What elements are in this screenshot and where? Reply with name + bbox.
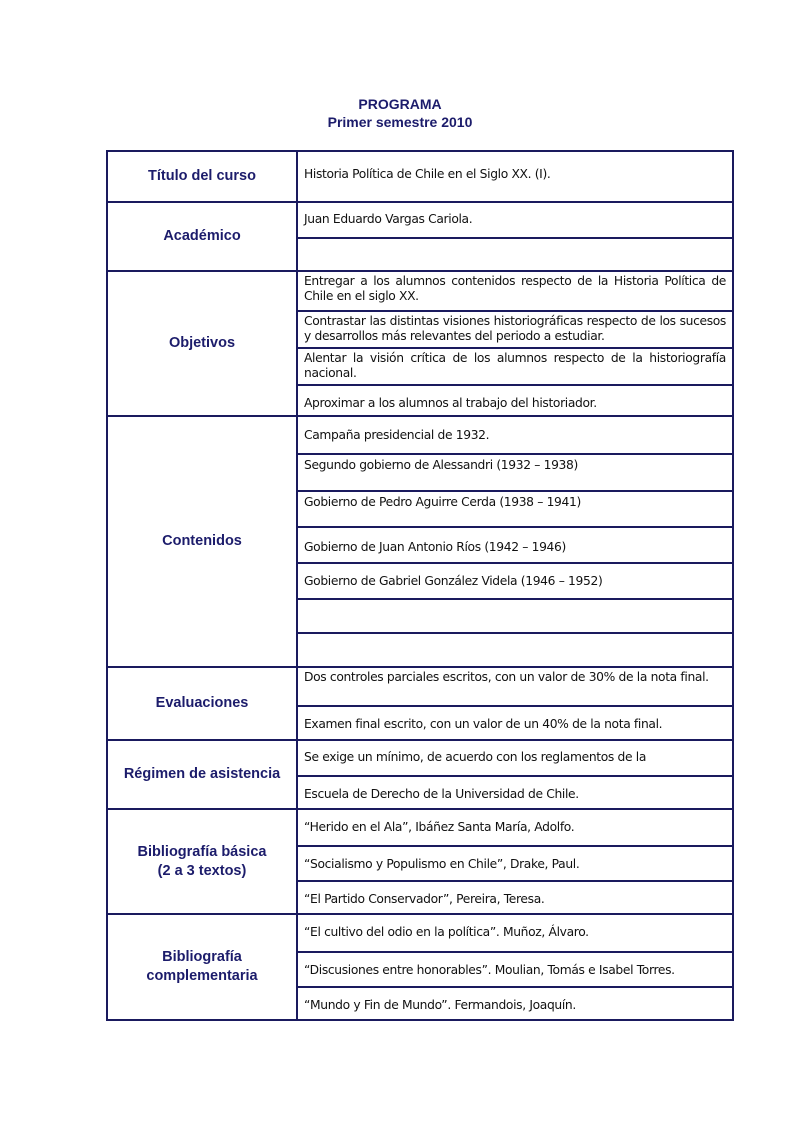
section-label: Título del curso	[108, 152, 298, 201]
table-row	[298, 237, 732, 272]
section-label-text: Académico	[163, 227, 240, 246]
table-row: Segundo gobierno de Alessandri (1932 – 1…	[298, 453, 732, 490]
section-label: Bibliografía básica (2 a 3 textos)	[108, 810, 298, 913]
section-academico: AcadémicoJuan Eduardo Vargas Cariola.	[108, 201, 732, 270]
table-row: Examen final escrito, con un valor de un…	[298, 705, 732, 741]
table-row: “Socialismo y Populismo en Chile”, Drake…	[298, 845, 732, 880]
section-label: Régimen de asistencia	[108, 741, 298, 808]
section-bibliografia-basica: Bibliografía básica (2 a 3 textos)“Herid…	[108, 808, 732, 913]
table-row	[298, 598, 732, 632]
section-asistencia: Régimen de asistenciaSe exige un mínimo,…	[108, 739, 732, 808]
section-bibliografia-complementaria: Bibliografía complementaria“El cultivo d…	[108, 913, 732, 1019]
section-label-text: Bibliografía básica (2 a 3 textos)	[138, 843, 267, 881]
table-row: Alentar la visión crítica de los alumnos…	[298, 347, 732, 384]
section-label-text: Título del curso	[148, 167, 256, 186]
section-label: Objetivos	[108, 272, 298, 415]
section-label: Contenidos	[108, 417, 298, 666]
section-label: Académico	[108, 203, 298, 270]
table-row: Campaña presidencial de 1932.	[298, 417, 732, 453]
section-label-text: Objetivos	[169, 334, 235, 353]
table-row: Juan Eduardo Vargas Cariola.	[298, 203, 732, 237]
section-label-text: Evaluaciones	[156, 694, 249, 713]
section-evaluaciones: EvaluacionesDos controles parciales escr…	[108, 666, 732, 739]
program-table: Título del cursoHistoria Política de Chi…	[106, 150, 734, 1021]
table-row: Dos controles parciales escritos, con un…	[298, 668, 732, 705]
table-row: Contrastar las distintas visiones histor…	[298, 310, 732, 347]
section-label-text: Bibliografía complementaria	[146, 948, 257, 986]
table-row: Historia Política de Chile en el Siglo X…	[298, 152, 732, 201]
table-row: Escuela de Derecho de la Universidad de …	[298, 775, 732, 810]
table-row: Gobierno de Pedro Aguirre Cerda (1938 – …	[298, 490, 732, 526]
table-row: Aproximar a los alumnos al trabajo del h…	[298, 384, 732, 417]
section-titulo: Título del cursoHistoria Política de Chi…	[108, 152, 732, 201]
table-row	[298, 632, 732, 668]
table-row: Gobierno de Juan Antonio Ríos (1942 – 19…	[298, 526, 732, 562]
document-subtitle: Primer semestre 2010	[0, 114, 800, 131]
table-row: “El Partido Conservador”, Pereira, Teres…	[298, 880, 732, 915]
table-row: “Discusiones entre honorables”. Moulian,…	[298, 951, 732, 986]
table-row: Gobierno de Gabriel González Videla (194…	[298, 562, 732, 598]
section-contenidos: ContenidosCampaña presidencial de 1932.S…	[108, 415, 732, 666]
table-row: Se exige un mínimo, de acuerdo con los r…	[298, 741, 732, 775]
document-title: PROGRAMA	[0, 96, 800, 113]
table-row: Entregar a los alumnos contenidos respec…	[298, 272, 732, 310]
section-objetivos: ObjetivosEntregar a los alumnos contenid…	[108, 270, 732, 415]
section-label-text: Régimen de asistencia	[124, 765, 280, 784]
section-label: Evaluaciones	[108, 668, 298, 739]
section-label: Bibliografía complementaria	[108, 915, 298, 1019]
table-row: “Herido en el Ala”, Ibáñez Santa María, …	[298, 810, 732, 845]
section-label-text: Contenidos	[162, 532, 242, 551]
table-row: “El cultivo del odio en la política”. Mu…	[298, 915, 732, 951]
table-row: “Mundo y Fin de Mundo”. Fermandois, Joaq…	[298, 986, 732, 1021]
